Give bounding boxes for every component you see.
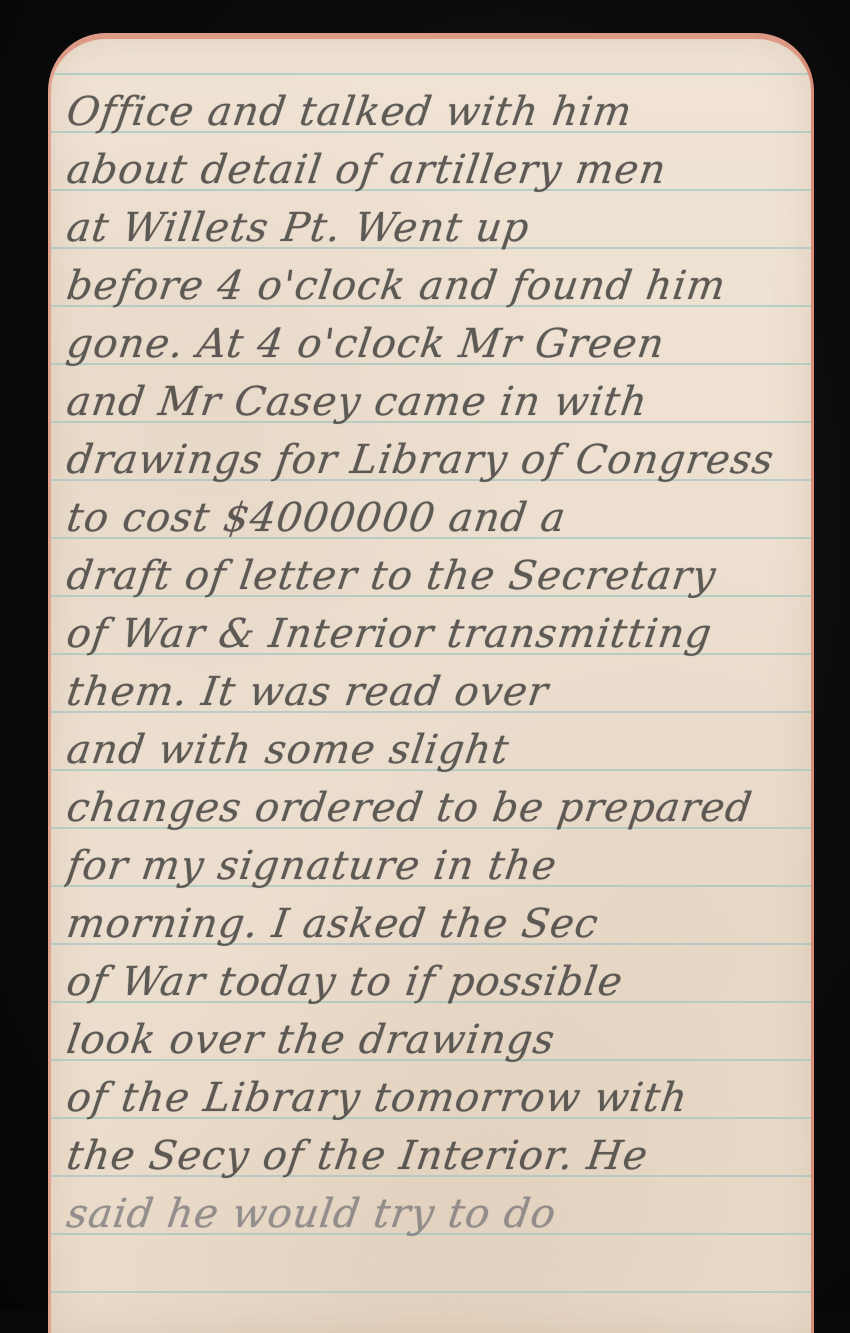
text-line: draft of letter to the Secretary [63,547,805,605]
text-line: and with some slight [63,721,805,779]
text-line: gone. At 4 o'clock Mr Green [63,315,805,373]
text-line: of the Library tomorrow with [63,1069,805,1127]
text-line: before 4 o'clock and found him [63,257,805,315]
text-line: of War & Interior transmitting [63,605,805,663]
text-line: at Willets Pt. Went up [63,199,805,257]
text-line: changes ordered to be prepared [63,779,805,837]
handwritten-text: Office and talked with him about detail … [51,39,811,1311]
text-line: Office and talked with him [63,83,805,141]
text-line: drawings for Library of Congress [63,431,805,489]
text-line: them. It was read over [63,663,805,721]
text-line: about detail of artillery men [63,141,805,199]
text-line: morning. I asked the Sec [63,895,805,953]
notebook-page: Office and talked with him about detail … [48,33,814,1311]
text-line: for my signature in the [63,837,805,895]
text-line: and Mr Casey came in with [63,373,805,431]
text-line: of War today to if possible [63,953,805,1011]
text-line: to cost $4000000 and a [63,489,805,547]
text-line: look over the drawings [63,1011,805,1069]
text-line: the Secy of the Interior. He [63,1127,805,1185]
text-line: said he would try to do [63,1185,805,1243]
